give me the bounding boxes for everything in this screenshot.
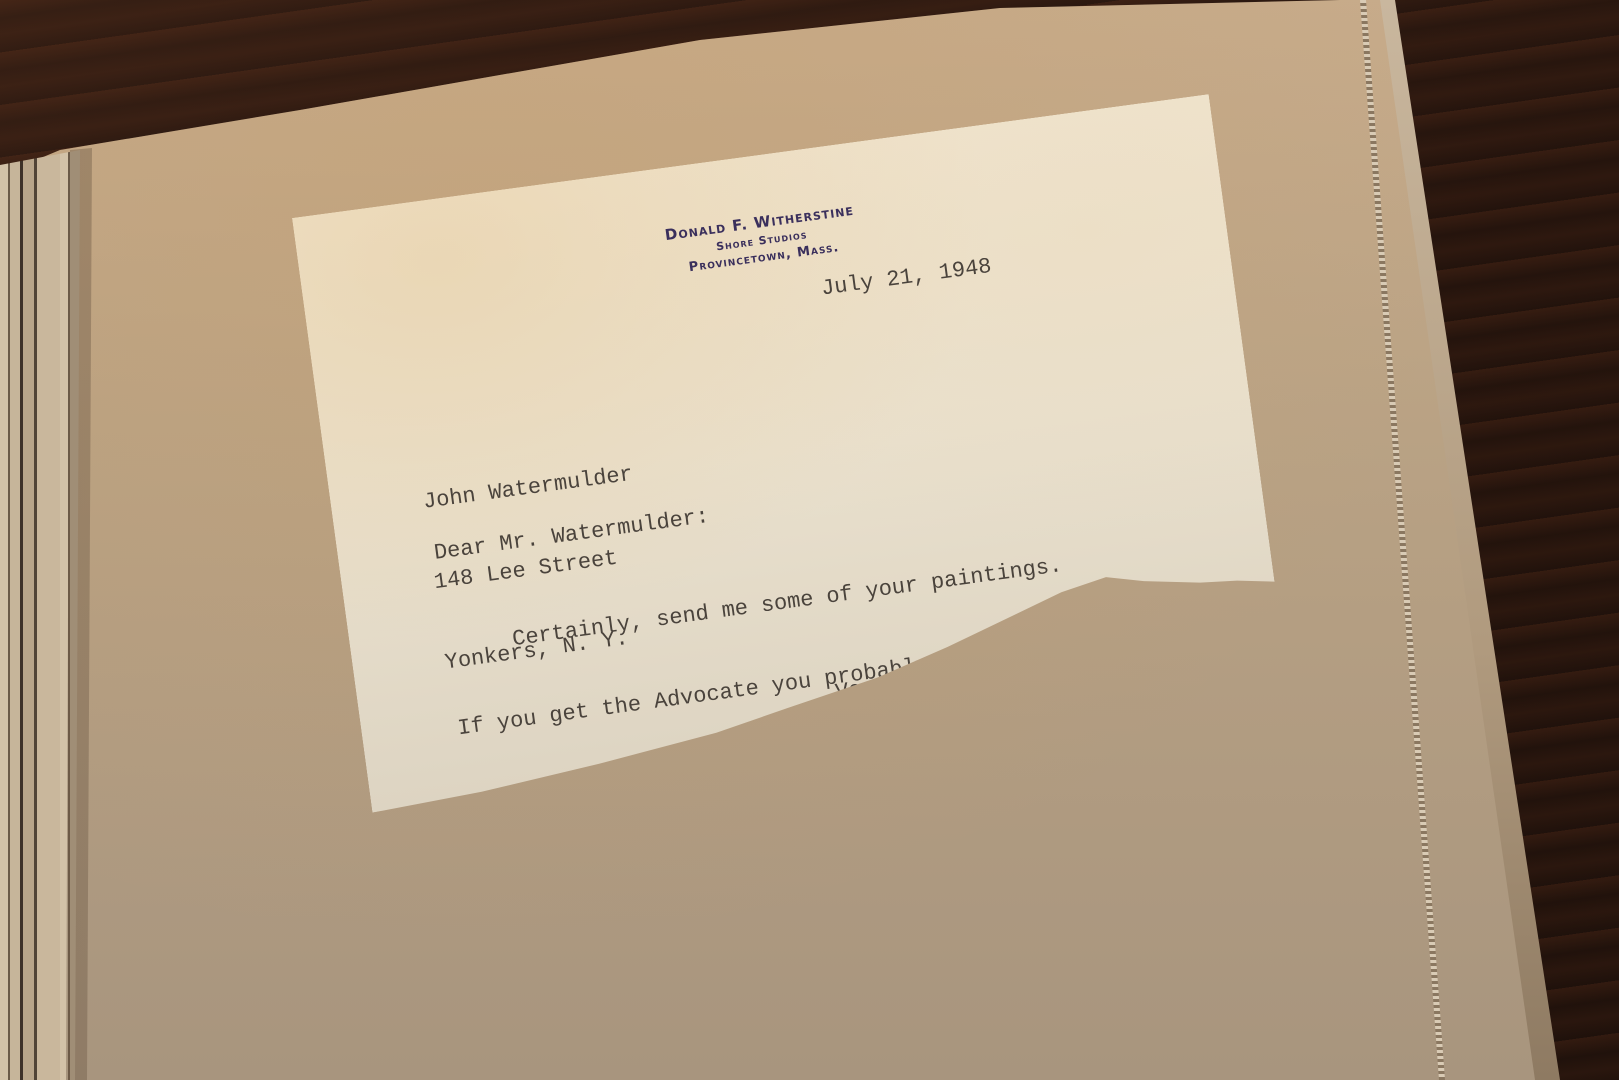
letter-date: July 21, 1948: [820, 253, 994, 303]
recipient-name: John Watermulder: [421, 461, 634, 516]
